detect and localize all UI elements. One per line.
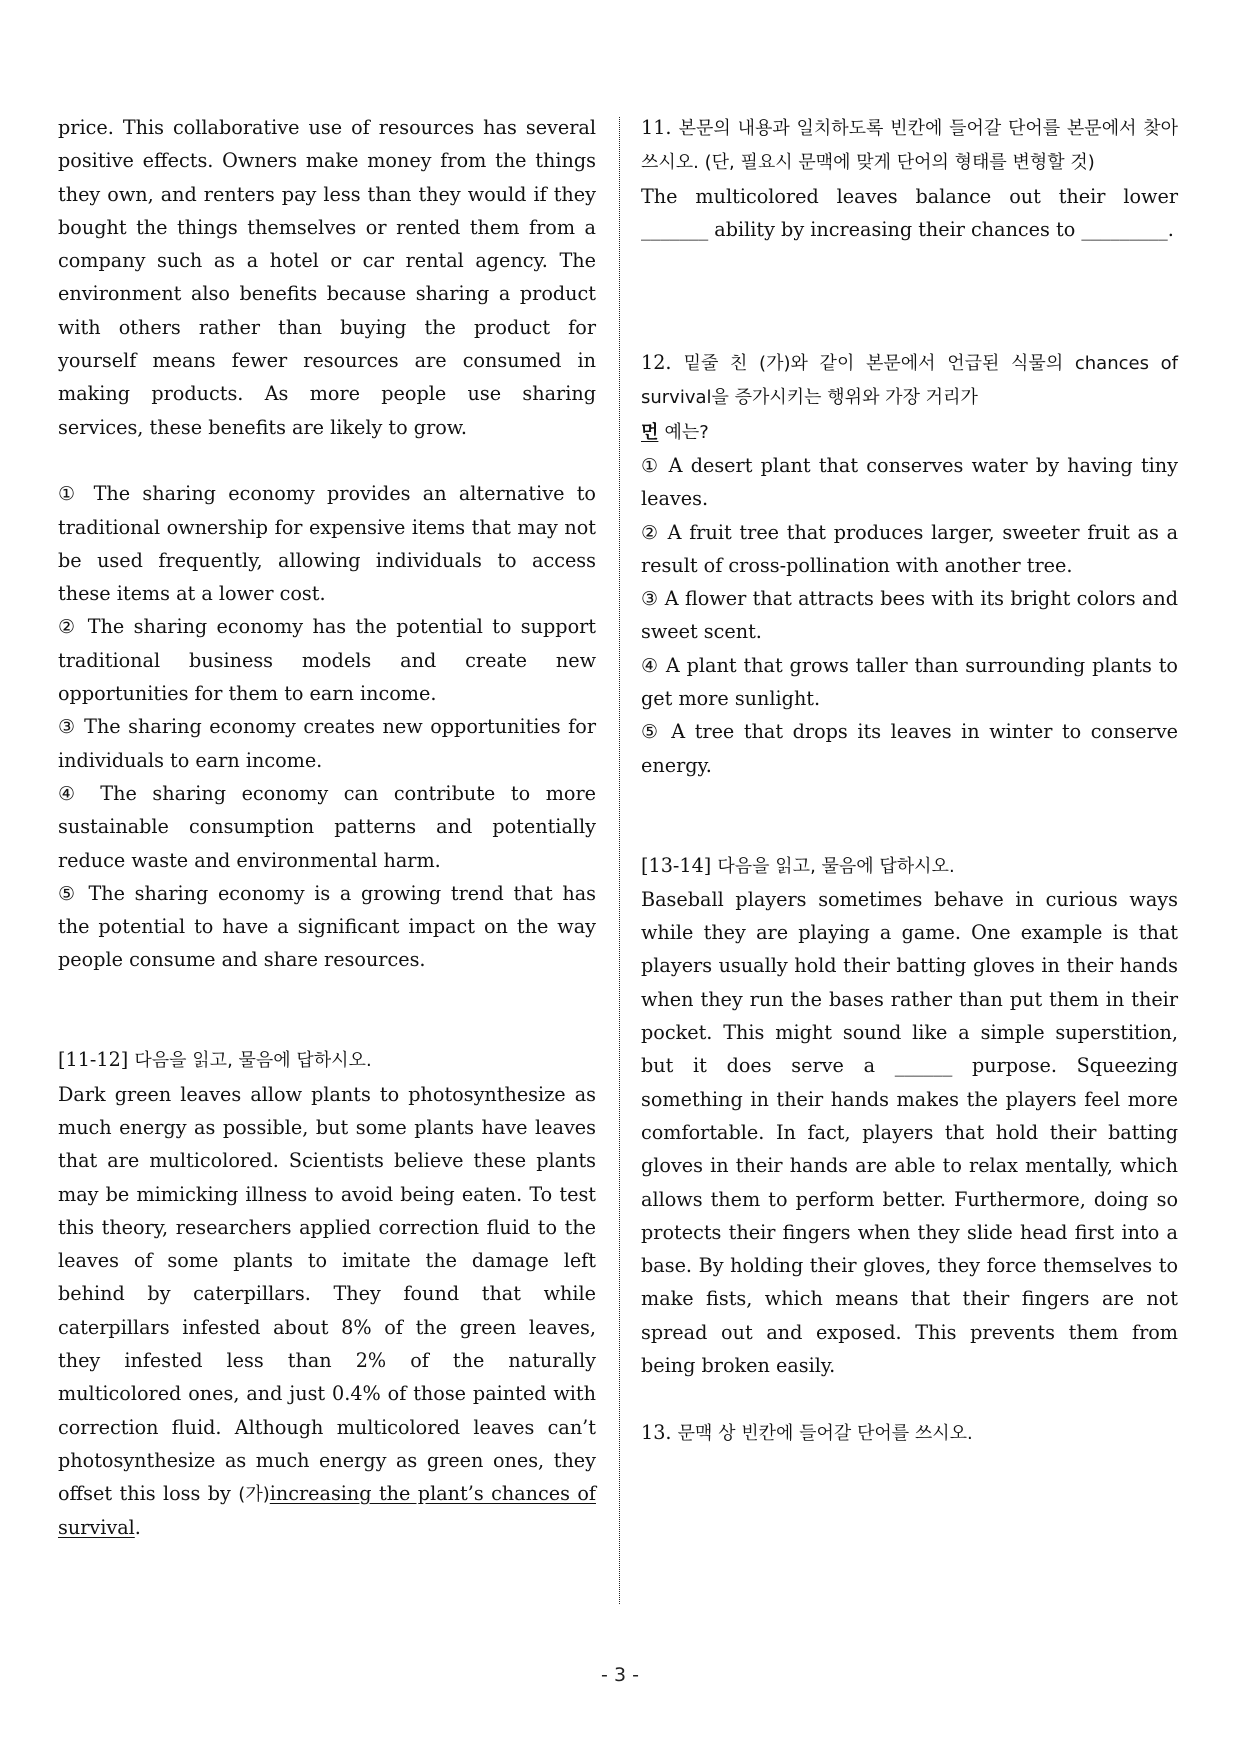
choice-5[interactable]: ⑤ The sharing economy is a growing trend… bbox=[58, 877, 596, 977]
section-instruction: 다음을 읽고, 물음에 답하시오. bbox=[717, 856, 954, 877]
spacer bbox=[58, 444, 596, 477]
prompt-emphasis: 먼 bbox=[641, 422, 658, 443]
passage-end: . bbox=[135, 1516, 141, 1539]
sentence-part: ability by increasing their chances to bbox=[714, 218, 1075, 241]
choice-marker: ⑤ bbox=[641, 720, 662, 743]
prompt-text-end: 예는? bbox=[665, 422, 709, 443]
question-text: 본문의 내용과 일치하도록 빈칸에 들어갈 단어를 본문에서 찾아 쓰시오. (… bbox=[641, 118, 1178, 173]
prompt-text: 밑줄 친 (가)와 같이 본문에서 언급된 식물의 chances of sur… bbox=[641, 353, 1178, 408]
choice-text: The sharing economy is a growing trend t… bbox=[58, 882, 596, 972]
section-instruction: 다음을 읽고, 물음에 답하시오. bbox=[134, 1050, 371, 1071]
section-range: [11-12] bbox=[58, 1048, 128, 1071]
choice-marker: ⑤ bbox=[58, 882, 79, 905]
section-heading-13-14: [13-14] 다음을 읽고, 물음에 답하시오. bbox=[641, 849, 1178, 883]
choice-text: A desert plant that conserves water by h… bbox=[641, 454, 1178, 510]
choice-text: A plant that grows taller than surroundi… bbox=[641, 654, 1178, 710]
choice-text: A tree that drops its leaves in winter t… bbox=[641, 720, 1178, 776]
choice-marker: ④ bbox=[641, 654, 659, 677]
column-divider bbox=[619, 117, 620, 1604]
spacer bbox=[641, 782, 1178, 849]
spacer bbox=[58, 977, 596, 1044]
choice-text: The sharing economy has the potential to… bbox=[58, 615, 596, 705]
left-column: price. This collaborative use of resourc… bbox=[58, 111, 596, 1545]
choice-marker: ④ bbox=[58, 782, 85, 805]
choice-4[interactable]: ④ The sharing economy can contribute to … bbox=[58, 777, 596, 877]
question-11-instruction: 11. 본문의 내용과 일치하도록 빈칸에 들어갈 단어를 본문에서 찾아 쓰시… bbox=[641, 111, 1178, 180]
question-11-sentence: The multicolored leaves balance out thei… bbox=[641, 180, 1178, 247]
spacer bbox=[641, 1382, 1178, 1415]
choice-1[interactable]: ① A desert plant that conserves water by… bbox=[641, 449, 1178, 516]
question-12: 12. 밑줄 친 (가)와 같이 본문에서 언급된 식물의 chances of… bbox=[641, 346, 1178, 782]
choice-text: The sharing economy can contribute to mo… bbox=[58, 782, 596, 872]
choice-marker: ② bbox=[641, 521, 660, 544]
passage-continuation: price. This collaborative use of resourc… bbox=[58, 111, 596, 444]
passage-baseball: Baseball players sometimes behave in cur… bbox=[641, 883, 1178, 1382]
question-12-prompt: 12. 밑줄 친 (가)와 같이 본문에서 언급된 식물의 chances of… bbox=[641, 346, 1178, 449]
question-13: 13. 문맥 상 빈칸에 들어갈 단어를 쓰시오. bbox=[641, 1416, 1178, 1450]
choice-marker: ① bbox=[641, 454, 660, 477]
choice-text: The sharing economy provides an alternat… bbox=[58, 482, 596, 605]
section-heading-11-12: [11-12] 다음을 읽고, 물음에 답하시오. bbox=[58, 1043, 596, 1077]
passage-main: Dark green leaves allow plants to photos… bbox=[58, 1083, 596, 1506]
marker-ga: (가) bbox=[238, 1484, 269, 1505]
right-column: 11. 본문의 내용과 일치하도록 빈칸에 들어갈 단어를 본문에서 찾아 쓰시… bbox=[641, 111, 1178, 1450]
answer-blank-2[interactable]: _________. bbox=[1081, 218, 1173, 241]
section-range: [13-14] bbox=[641, 854, 711, 877]
passage-part: Baseball players sometimes behave in cur… bbox=[641, 888, 1178, 1077]
exam-page: price. This collaborative use of resourc… bbox=[0, 0, 1240, 1752]
choice-marker: ① bbox=[58, 482, 81, 505]
question-number: 11. bbox=[641, 116, 672, 139]
choice-3[interactable]: ③ A flower that attracts bees with its b… bbox=[641, 582, 1178, 649]
passage-part: purpose. Squeezing something in their ha… bbox=[641, 1054, 1178, 1377]
choice-2[interactable]: ② The sharing economy has the potential … bbox=[58, 610, 596, 710]
choice-marker: ② bbox=[58, 615, 78, 638]
choice-5[interactable]: ⑤ A tree that drops its leaves in winter… bbox=[641, 715, 1178, 782]
passage-leaves: Dark green leaves allow plants to photos… bbox=[58, 1078, 596, 1545]
choice-marker: ③ bbox=[641, 587, 658, 610]
spacer bbox=[641, 246, 1178, 346]
choice-text: A fruit tree that produces larger, sweet… bbox=[641, 521, 1178, 577]
sentence-part: The multicolored leaves balance out thei… bbox=[641, 185, 1178, 208]
answer-blank-1[interactable]: _______ bbox=[641, 218, 708, 241]
question-number: 12. bbox=[641, 351, 672, 374]
choice-4[interactable]: ④ A plant that grows taller than surroun… bbox=[641, 649, 1178, 716]
choice-1[interactable]: ① The sharing economy provides an altern… bbox=[58, 477, 596, 610]
page-number: - 3 - bbox=[0, 1664, 1240, 1686]
question-number: 13. bbox=[641, 1421, 672, 1444]
question-11: 11. 본문의 내용과 일치하도록 빈칸에 들어갈 단어를 본문에서 찾아 쓰시… bbox=[641, 111, 1178, 246]
answer-choices-sharing-economy: ① The sharing economy provides an altern… bbox=[58, 477, 596, 976]
choice-text: The sharing economy creates new opportun… bbox=[58, 715, 596, 771]
choice-text: A flower that attracts bees with its bri… bbox=[641, 587, 1178, 643]
choice-2[interactable]: ② A fruit tree that produces larger, swe… bbox=[641, 516, 1178, 583]
question-text: 문맥 상 빈칸에 들어갈 단어를 쓰시오. bbox=[678, 1423, 973, 1444]
choice-3[interactable]: ③ The sharing economy creates new opport… bbox=[58, 710, 596, 777]
passage-blank[interactable]: ______ bbox=[895, 1054, 953, 1077]
choice-marker: ③ bbox=[58, 715, 77, 738]
